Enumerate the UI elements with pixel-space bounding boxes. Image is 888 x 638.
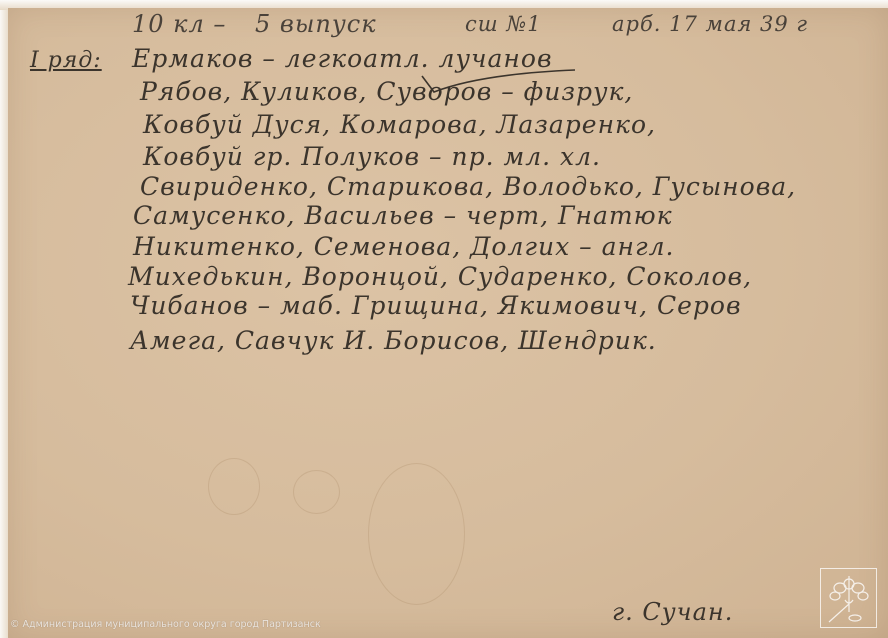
list-line: Ковбуй Дуся, Комарова, Лазаренко, — [143, 110, 656, 139]
coat-of-arms-icon — [820, 568, 877, 628]
header-graduation: 5 выпуск — [255, 10, 377, 38]
check-mark-icon — [420, 68, 580, 98]
page-left-edge — [0, 0, 8, 638]
list-line: Амега, Савчук И. Борисов, Шендрик. — [130, 326, 657, 355]
footer-place: г. Сучан. — [612, 598, 733, 626]
header-school: сш №1 — [465, 12, 542, 36]
list-line: Свириденко, Старикова, Володько, Гусынов… — [140, 172, 796, 201]
list-line: Никитенко, Семенова, Долгих – англ. — [133, 232, 674, 261]
header-date: арб. 17 мая 39 г — [612, 12, 808, 36]
list-line: Самусенко, Васильев – черт, Гнатюк — [133, 201, 673, 230]
water-stain — [368, 463, 465, 605]
list-line: Ковбуй гр. Полуков – пр. мл. хл. — [143, 142, 601, 171]
copyright-watermark: © Администрация муниципального округа го… — [10, 619, 321, 630]
group-label: I ряд: — [30, 48, 102, 73]
header-class: 10 кл – — [132, 10, 226, 38]
water-stain — [208, 458, 260, 515]
list-line: Михедькин, Воронцой, Сударенко, Соколов, — [128, 262, 752, 291]
list-line: Чибанов – маб. Грищина, Якимович, Серов — [130, 291, 742, 320]
water-stain — [293, 470, 340, 514]
